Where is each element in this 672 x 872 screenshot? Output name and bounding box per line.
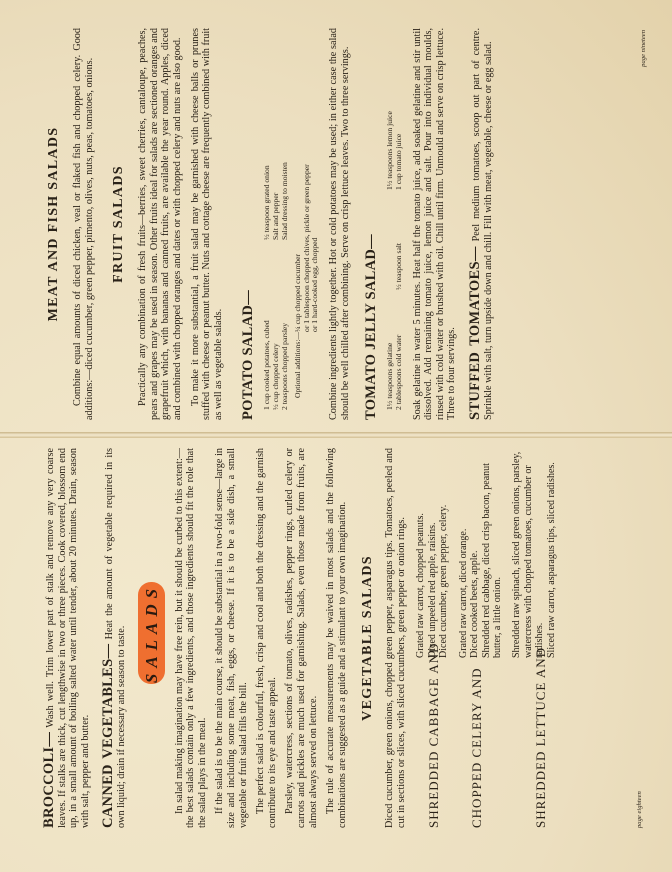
potato-optional: Optional additions:— ¼ cup chopped cucum… bbox=[294, 28, 320, 420]
ingredient-list: ½ teaspoon grated onion Salt and pepper … bbox=[263, 162, 289, 240]
combination-items: Shredded raw spinach, sliced green onion… bbox=[511, 448, 557, 658]
combination-item: Shredded red cabbage, diced crisp bacon,… bbox=[481, 448, 504, 658]
fruit-paragraph: To make it more substantial, a fruit sal… bbox=[190, 28, 225, 420]
intro-paragraph: The perfect salad is colourful, fresh, c… bbox=[255, 448, 278, 828]
scanned-cookbook-spread: BROCCOLI— Wash well. Trim lower part of … bbox=[0, 0, 672, 872]
stuffed-tomatoes-title: STUFFED TOMATOES— bbox=[467, 246, 483, 420]
vegetable-salads-heading: VEGETABLE SALADS bbox=[360, 448, 376, 828]
ingredient-list: 1 cup cooked potatoes, cubed ½ cup chopp… bbox=[263, 240, 289, 420]
ingredient: Salad dressing to moisten bbox=[281, 162, 290, 240]
optional-items: ¼ cup chopped cucumber or 1 tablespoon c… bbox=[294, 164, 320, 332]
ingredient-list: 1½ teaspoons lemon juice 1 cup tomato ju… bbox=[386, 111, 404, 190]
potato-method: Combine ingredients lightly together. Ho… bbox=[328, 28, 351, 420]
canned-vegetables-entry: CANNED VEGETABLES— Heat the amount of ve… bbox=[103, 448, 127, 828]
combination-base: CHOPPED CELERY AND bbox=[458, 658, 504, 828]
optional-label: Optional additions:— bbox=[294, 332, 320, 398]
salads-badge: SALADS bbox=[138, 582, 165, 684]
ingredient: 2 teaspoons chopped parsley bbox=[281, 240, 290, 410]
stuffed-tomatoes-entry: STUFFED TOMATOES— Peel medium tomatoes, … bbox=[470, 28, 494, 420]
meat-fish-heading: MEAT AND FISH SALADS bbox=[46, 28, 62, 420]
combination-base: SHREDDED CABBAGE AND bbox=[415, 658, 449, 828]
potato-ingredients: 1 cup cooked potatoes, cubed ½ cup chopp… bbox=[263, 28, 289, 420]
fruit-paragraph: Practically any combination of fresh fru… bbox=[137, 28, 183, 420]
ingredient: 1 cup tomato juice bbox=[395, 111, 404, 190]
intro-paragraph: In salad making imagination may have fre… bbox=[174, 448, 209, 828]
combination-cabbage: SHREDDED CABBAGE AND Grated raw carrot, … bbox=[415, 448, 449, 828]
ingredient-list: ½ teaspoon salt bbox=[386, 190, 404, 290]
page-nineteen: MEAT AND FISH SALADS Combine equal amoun… bbox=[0, 0, 672, 432]
combination-item: Grated raw carrot, diced orange. bbox=[458, 448, 469, 658]
intro-paragraph: If the salad is to be the main course, i… bbox=[214, 448, 249, 828]
canned-vegetables-title: CANNED VEGETABLES— bbox=[100, 644, 116, 828]
fruit-salads-heading: FRUIT SALADS bbox=[111, 28, 127, 420]
combination-item: Grated raw carrot, chopped peanuts. bbox=[415, 448, 426, 658]
book-fold bbox=[0, 432, 672, 438]
tomato-jelly-ingredients: 1½ teaspoons gelatine 2 tablespoons cold… bbox=[386, 28, 404, 420]
combination-item: Sliced raw carrot, asparagus tips, slice… bbox=[546, 448, 557, 658]
salads-intro: In salad making imagination may have fre… bbox=[174, 448, 349, 828]
combination-item: Diced unpeeled red apple, raisins. bbox=[427, 448, 438, 658]
combination-items: Grated raw carrot, chopped peanuts. Dice… bbox=[415, 448, 449, 658]
ingredient: 2 tablespoons cold water bbox=[395, 290, 404, 410]
page-number: page nineteen bbox=[640, 30, 647, 67]
meat-fish-text: Combine equal amounts of diced chicken, … bbox=[72, 28, 95, 420]
page-number: page eighteen bbox=[636, 791, 643, 828]
ingredient: ½ teaspoon salt bbox=[395, 190, 404, 290]
combination-item: Diced cooked beets, apple. bbox=[469, 448, 480, 658]
combination-items: Grated raw carrot, diced orange. Diced c… bbox=[458, 448, 504, 658]
potato-salad-title: POTATO SALAD— bbox=[240, 28, 257, 420]
broccoli-title: BROCCOLI— bbox=[41, 732, 57, 828]
ingredient-list: 1½ teaspoons gelatine 2 tablespoons cold… bbox=[386, 290, 404, 420]
page-eighteen: BROCCOLI— Wash well. Trim lower part of … bbox=[0, 436, 672, 872]
vegetable-salads-intro: Diced cucumber, green onions, chopped gr… bbox=[384, 448, 407, 828]
intro-paragraph: The rule of accurate measurements may be… bbox=[325, 448, 348, 828]
optional-item: or 1 hard-cooked egg, chopped bbox=[311, 164, 320, 332]
combination-base: SHREDDED LETTUCE AND bbox=[511, 658, 557, 828]
tomato-jelly-method: Soak gelatine in water 5 minutes. Heat h… bbox=[412, 28, 458, 420]
tomato-jelly-title: TOMATO JELLY SALAD— bbox=[363, 28, 380, 420]
combination-item: Shredded raw spinach, sliced green onion… bbox=[511, 448, 545, 658]
rotated-spread: BROCCOLI— Wash well. Trim lower part of … bbox=[0, 0, 672, 872]
broccoli-entry: BROCCOLI— Wash well. Trim lower part of … bbox=[44, 448, 91, 828]
combination-item: Diced cucumber, green pepper, celery. bbox=[438, 448, 449, 658]
combination-celery: CHOPPED CELERY AND Grated raw carrot, di… bbox=[458, 448, 504, 828]
intro-paragraph: Parsley, watercress, sections of tomato,… bbox=[284, 448, 319, 828]
combination-lettuce: SHREDDED LETTUCE AND Shredded raw spinac… bbox=[511, 448, 557, 828]
